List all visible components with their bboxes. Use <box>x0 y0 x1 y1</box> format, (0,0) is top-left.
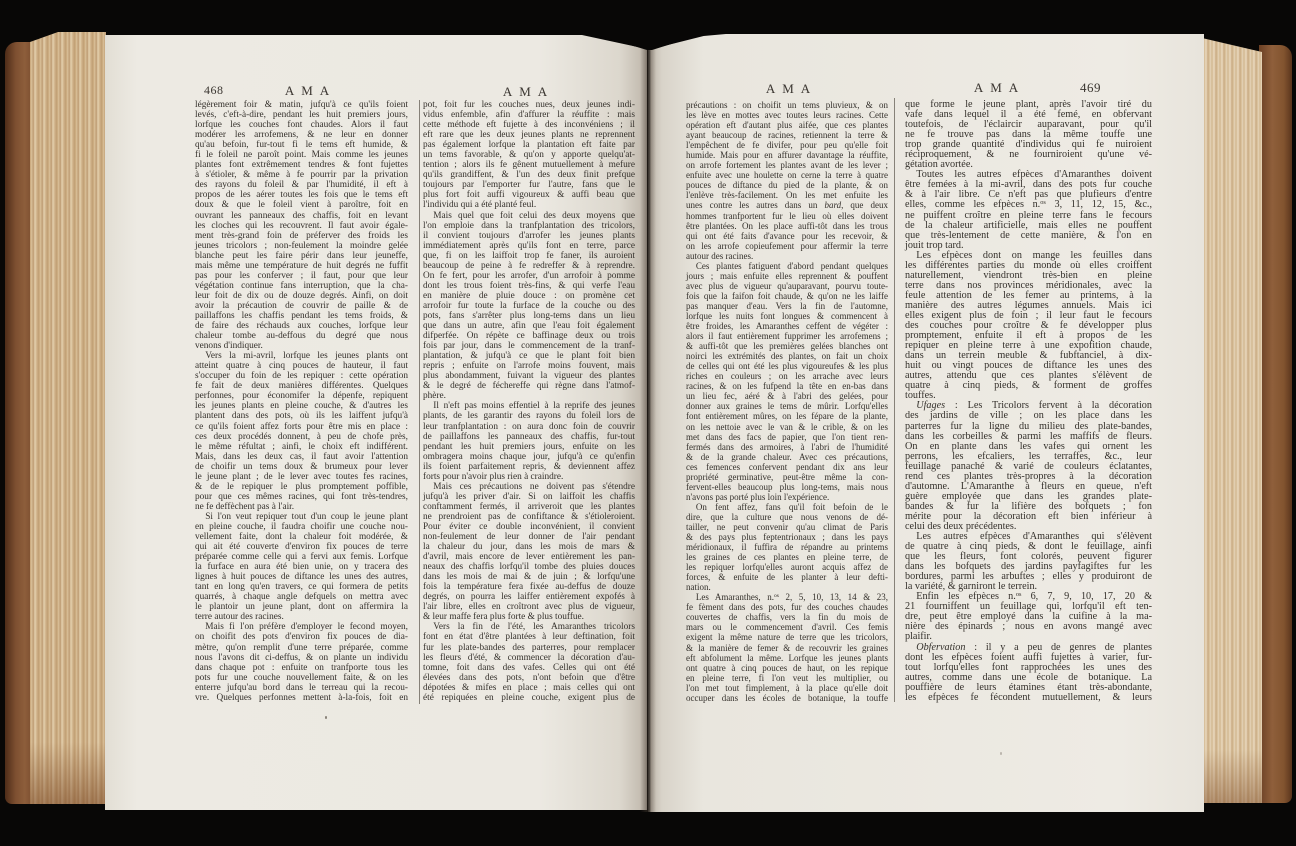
text-line: les repiquer lorfqu'elles auront acquis … <box>686 562 888 572</box>
text-line: élevées dans des pots, n'ont befoin que … <box>423 673 635 683</box>
text-line: être froides, les Amaranthes ceffent de … <box>686 321 888 331</box>
text-line: pas pour les conferver ; il faut, pour q… <box>195 271 408 281</box>
text-line: immédiatement après qu'ils font en terre… <box>423 241 635 251</box>
text-line: Mais quel que foit celui des deux moyens… <box>423 211 635 221</box>
text-line: les fleurs d'été, & commencer la décorat… <box>423 653 635 663</box>
text-line: nière des épinards ; nous en avons mangé… <box>905 622 1152 632</box>
text-line: fe fait de deux manières différentes. Qu… <box>195 381 408 391</box>
text-line: de paillaffons les panneaux des chaffis,… <box>423 432 635 442</box>
text-line: ayant beaucoup de racines, retiennent la… <box>686 130 888 140</box>
text-line: beaucoup de peine à fe redreffer & à rep… <box>423 261 635 271</box>
text-line: dans les mois de mai & de juin ; & lorfq… <box>423 572 635 582</box>
text-line: on les arrofe copieufement pour affermir… <box>686 241 888 251</box>
text-line: On fe fert, pour les arrofer, d'un arrof… <box>423 271 635 281</box>
book-gutter-shadow <box>640 40 656 812</box>
italic-run: bard <box>824 200 841 210</box>
text-line: que dans un autre, afin que l'eau foit é… <box>423 321 635 331</box>
text-line: conftamment fermés, il arriveroit que le… <box>423 502 635 512</box>
text-line: végétation continue fans interruption, q… <box>195 281 408 291</box>
text-line: Mais, dans les deux cas, il faut avoir l… <box>195 452 408 462</box>
text-line: blanche peut les faire périr dans leur j… <box>195 251 408 261</box>
text-line: vidus enfemble, afin d'affurer la réuffi… <box>423 110 635 120</box>
text-line: qu'au befoin, fur-tout fi le tems eft hu… <box>195 140 408 150</box>
text-line: propos de les aérer toutes les fois que … <box>195 190 408 200</box>
text-line: tant en long qu'en travers, ce qui forme… <box>195 582 408 592</box>
text-line: vre. Quelques perfonnes mettent à-la-foi… <box>195 693 408 703</box>
text-line: eft rare que les deux jeunes plants ne r… <box>423 130 635 140</box>
text-line: & le degré de féchereffe qui règne dans … <box>423 381 635 391</box>
text-line: atteint quatre à cinq pouces de hauteur,… <box>195 361 408 371</box>
text-line: lorfque les nuits font longues & commenc… <box>686 311 888 321</box>
text-line: que, fi on les laiffoit trop fe faner, i… <box>423 251 635 261</box>
text-line: Pour éviter ce double inconvénient, il c… <box>423 522 635 532</box>
text-line: on arrofe fortement les plantes avant de… <box>686 160 888 170</box>
text-line: vellement faite, dont la chaleur foit mo… <box>195 532 408 542</box>
text-line: racines, & on les fufpend la tête en en-… <box>686 381 888 391</box>
text-line: les efpèces fe fécondent mutuellement, &… <box>905 693 1152 703</box>
text-line: mais même une température de huit degrés… <box>195 261 408 271</box>
text-line: qu'ils grandiffent, & l'un des deux fini… <box>423 170 635 180</box>
text-line: quatre à cinq pieds, & forment de groffe… <box>905 381 1152 391</box>
text-line: être plantées. On les place auffi-tôt da… <box>686 221 888 231</box>
text-line: on choifit des pots d'environ fix pouces… <box>195 632 408 642</box>
text-line: Mais fi l'on préfère d'employer le fecon… <box>195 622 408 632</box>
text-line: difperfée. On répète ce baffinage deux o… <box>423 331 635 341</box>
text-line: précautions : on choifit un tems pluvieu… <box>686 100 888 110</box>
text-line: des jardins de ville ; on les place dans… <box>905 411 1152 421</box>
text-line: humide. Mais pour en affurer davantage l… <box>686 150 888 160</box>
text-line: dont les trous foient très-fins, & qui v… <box>423 281 635 291</box>
text-line: jours ; mais enfuite elles reprennent & … <box>686 271 888 281</box>
text-line: dans chaque pot : enfuite on tranfporte … <box>195 663 408 673</box>
text-run: , que deux <box>841 200 888 210</box>
text-line: enfuite avec une houlette on cerne la te… <box>686 170 888 180</box>
text-line: plantent dans des pots, où ils les laiff… <box>195 411 408 421</box>
text-line: dire, que la culture que nous venons de … <box>686 512 888 522</box>
text-line: plus fort foit auffi vigoureux & auffi b… <box>423 190 635 200</box>
text-line: levés, c'eft-à-dire, pendant les huit pr… <box>195 110 408 120</box>
page-number-right: 469 <box>1080 80 1101 95</box>
text-line: plantation, & jufqu'à ce que le plant fo… <box>423 351 635 361</box>
text-line: été repiquées en pleine couche, exigent … <box>423 693 635 703</box>
text-line: fois la température fera fixée au-deffus… <box>423 582 635 592</box>
text-line: eft abfolument la même. Lorfque les jeun… <box>686 653 888 663</box>
text-line: fi le foleil ne paroît point. Mais comme… <box>195 150 408 160</box>
text-line: pas manquer d'eau. Vers la fin de l'auto… <box>686 301 888 311</box>
text-line: jufqu'à les priver d'air. Si on laiffoit… <box>423 492 635 502</box>
text-line: fermés dans des armoires, à l'abri de l'… <box>686 442 888 452</box>
text-line: nation. <box>686 582 888 592</box>
text-run: 2, 5, 10, 13, 14 & 23, <box>779 592 888 602</box>
text-line: paillaffons les chaffis pendant les tems… <box>195 311 408 321</box>
text-line: ment très-grand foin de préferver des fr… <box>195 231 408 241</box>
text-line: & auffi-tôt que les premières gelées bla… <box>686 341 888 351</box>
text-line: mètre, qu'on remplit d'une terre préparé… <box>195 643 408 653</box>
right-page-block-edges <box>1202 38 1262 803</box>
text-line: préparée comme celle qui a fervi aux fem… <box>195 552 408 562</box>
text-line: de choifir un tems doux & brumeux pour l… <box>195 462 408 472</box>
text-line: ombragera moins chaque jour, jufqu'à ce … <box>423 452 635 462</box>
text-line: propriété germinative, peut-être même la… <box>686 472 888 482</box>
text-line: pour que ces mêmes racines, qui font trè… <box>195 492 408 502</box>
running-head-col-2: AMA <box>480 84 570 99</box>
text-line: alors il faut entièrement fupprimer les … <box>686 331 888 341</box>
text-column-3: précautions : on choifit un tems pluvieu… <box>686 100 888 703</box>
text-line: modérer les arrofemens, & ne leur en don… <box>195 130 408 140</box>
text-line: & de la grande chaleur. Avec ces précaut… <box>686 452 888 462</box>
text-run: Les Amaranthes, n. <box>696 592 774 602</box>
text-line: & de le repiquer le plus promptement pof… <box>195 482 408 492</box>
text-line: pendant les huit premiers jours, enfuite… <box>423 442 635 452</box>
text-line: fois que la faifon foit chaude, & qu'on … <box>686 291 888 301</box>
text-line: fe fèment dans des pots, fur des couches… <box>686 602 888 612</box>
text-line: en pleine terre, fi l'on veut les multip… <box>686 673 888 683</box>
text-line: qui ont été faits d'avance pour les rece… <box>686 231 888 241</box>
text-line: Vers la mi-avril, lorfque les jeunes pla… <box>195 351 408 361</box>
text-line: le plantoir un jeune plant, dont on affe… <box>195 602 408 612</box>
text-line: elles, comme les efpèces n.os 3, 11, 12,… <box>905 200 1152 210</box>
left-page-block-edges <box>30 32 106 804</box>
running-head-col-3: AMA <box>743 81 833 96</box>
text-line: des rayons du foleil & par l'humidité, i… <box>195 180 408 190</box>
running-head-col-4: AMA <box>951 80 1041 95</box>
text-line: ces femences confervent pendant dix ans … <box>686 462 888 472</box>
text-line: d'avril, mais encore de lever entièremen… <box>423 552 635 562</box>
text-line: opération eft d'autant plus aifée, que c… <box>686 120 888 130</box>
running-head-col-1: AMA <box>262 83 352 98</box>
text-line: occuper dans les écoles de botanique, la… <box>686 693 888 703</box>
text-line: pouces de diftance du pied de la plante,… <box>686 180 888 190</box>
text-line: avec plus de vigueur qu'auparavant, pour… <box>686 281 888 291</box>
text-line: Mais ces précautions ne doivent pas s'ét… <box>423 482 635 492</box>
text-line: ont quatre à cinq pouces de haut, on les… <box>686 663 888 673</box>
column-divider-right-page <box>894 98 895 702</box>
text-line: ouvrant les panneaux des chaffis, foit e… <box>195 211 408 221</box>
text-line: & leur maffe fera plus forte & plus touf… <box>423 612 635 622</box>
text-line: arrofoir fur toute la furface de la couc… <box>423 301 635 311</box>
text-line: avoir la précaution de couvrir de paille… <box>195 301 408 311</box>
text-line: tailler, ne peut convenir qu'au climat d… <box>686 522 888 532</box>
text-line: Ces plantes fatiguent d'abord pendant qu… <box>686 261 888 271</box>
text-line: quarrés, à chaque angle defquels on mett… <box>195 592 408 602</box>
text-line: cette méthode eft fujette à des inconvén… <box>423 120 635 130</box>
text-line: méridionaux, il fuffira de répandre au p… <box>686 542 888 552</box>
text-line: degrés, on pourra les laiffer entièremen… <box>423 592 635 602</box>
text-line: les jeunes plants en pleine couche, & d'… <box>195 401 408 411</box>
text-line: Il n'eft pas moins effentiel à la reprif… <box>423 401 635 411</box>
text-line: le même réfultat ; ainfi, le choix eft i… <box>195 442 408 452</box>
text-line: pot, foit fur les couches nues, deux jeu… <box>423 100 635 110</box>
text-line: pas également lorfque la plantation eft … <box>423 140 635 150</box>
text-line: en pleine couche, il faudra choifir une … <box>195 522 408 532</box>
text-line: il convient toujours d'arrofer les jeune… <box>423 231 635 241</box>
text-line: non-feulement de leur donner de l'air pe… <box>423 532 635 542</box>
text-line: un tems favorable, & qu'on y apporte que… <box>423 150 635 160</box>
text-line: exigent la même nature de terre que les … <box>686 632 888 642</box>
text-line: lorfque les couches font chaudes. Alors … <box>195 120 408 130</box>
text-line: chaleur tombe au-deffous du degré que no… <box>195 331 408 341</box>
text-line: s'occuper du foin de les repiquer : cett… <box>195 371 408 381</box>
text-column-4: que forme le jeune plant, après l'avoir … <box>905 100 1152 703</box>
text-line: l'on emploie dans la tranfplantation des… <box>423 221 635 231</box>
text-line: fervent-elles beaucoup plus long-tems, m… <box>686 482 888 492</box>
text-line: tomne, foit dans des vafes. Celles qui o… <box>423 663 635 673</box>
text-line: font en état d'être plantées à leur deft… <box>423 632 635 642</box>
text-line: tention ; alors ils fe gênent mutuelleme… <box>423 160 635 170</box>
text-run: elles, comme les efpèces n. <box>905 199 1040 210</box>
text-line: le jeune plant ; de le lever avec toutes… <box>195 472 408 482</box>
text-line: qui ait été couverte d'environ fix pouce… <box>195 542 408 552</box>
text-line: pots, fans s'arrêter plus long-tems dans… <box>423 311 635 321</box>
text-line: jeunes tricolors ; non-feulement la moin… <box>195 241 408 251</box>
text-column-2: pot, foit fur les couches nues, deux jeu… <box>423 100 635 703</box>
text-line: à s'étioler, & même à fe pourrir par la … <box>195 170 408 180</box>
text-line: les lève en mottes avec toutes leurs rac… <box>686 110 888 120</box>
text-line: perfonnes, pour économifer la dépenfe, r… <box>195 391 408 401</box>
text-line: ces deux procédés donnent, à peu de chof… <box>195 432 408 442</box>
text-line: donner aux graines le tems de mûrir. Lor… <box>686 401 888 411</box>
right-book-cover <box>1259 45 1292 803</box>
text-line: plantes font extrêmement tendres & font … <box>195 160 408 170</box>
text-line: mars ou le commencement d'avril. Ces fem… <box>686 622 888 632</box>
text-line: fois par jour, dans le commencement de l… <box>423 341 635 351</box>
text-line: l'individu qui a été planté feul. <box>423 200 635 210</box>
paper-speck <box>325 716 327 719</box>
text-line: leur foit de dix ou de douze degrés. Ain… <box>195 291 408 301</box>
text-line: font entièrement mûres, on les fépare de… <box>686 411 888 421</box>
text-line: plus abondamment, fuivant la vigueur des… <box>423 371 635 381</box>
text-line: ne prendroient pas de confiftance & s'ét… <box>423 512 635 522</box>
text-line: repris ; enfuite on l'arrofe moins fouve… <box>423 361 635 371</box>
text-line: ce qu'ils foient affez forts pour être m… <box>195 422 408 432</box>
text-line: venons d'indiquer. <box>195 341 408 351</box>
text-line: neaux des chaffis lorfqu'il tombe des pl… <box>423 562 635 572</box>
text-column-1: légèrement foir & matin, jufqu'à ce qu'i… <box>195 100 408 703</box>
text-line: plants, de les garantir des rayons du fo… <box>423 411 635 421</box>
text-line: la furface en aura été bien unie, on y t… <box>195 562 408 572</box>
italic-run: Obfervation <box>916 642 965 653</box>
text-run: : il y a peu de genres de plantes <box>965 642 1152 653</box>
text-run: unes contre les autres dans un <box>686 200 824 210</box>
text-line: l'empêchent de fe divifer, pour peu qu'e… <box>686 140 888 150</box>
text-run: 3, 11, 12, 15, &c., <box>1046 199 1152 210</box>
text-line: les cloches qui les recouvrent. Il faut … <box>195 221 408 231</box>
text-line: lignes à huit pouces de diftance les une… <box>195 572 408 582</box>
text-line: on les nettoie avec le van & le crible, … <box>686 422 888 432</box>
text-line: l'air libre, elles en croîtront avec plu… <box>423 602 635 612</box>
text-line: forces, & enfuite de les planter à leur … <box>686 572 888 582</box>
text-line: noirci les extrémités des plantes, on fa… <box>686 351 888 361</box>
text-line: forts pour n'avoir plus rien à craindre. <box>423 472 635 482</box>
text-line: les graines de ces plantes en pleine ter… <box>686 552 888 562</box>
text-line: enterre jufqu'au bord dans le terreau qu… <box>195 683 408 693</box>
text-line: de faire des réchauds aux couches, lorfq… <box>195 321 408 331</box>
text-line: couvertes de chaffis, vers la fin du moi… <box>686 612 888 622</box>
text-line: de celles qui ont été les plus vigoureuf… <box>686 361 888 371</box>
page-number-left: 468 <box>204 83 224 98</box>
text-line: ils foient parfaitement repris, & devien… <box>423 462 635 472</box>
text-line: Vers la fin de l'été, les Amaranthes tri… <box>423 622 635 632</box>
text-line: riches en couleurs ; on les arrache avec… <box>686 371 888 381</box>
paper-speck <box>1000 752 1002 755</box>
text-line: phère. <box>423 391 635 401</box>
text-line: pots fur une couche nouvellement faite, … <box>195 673 408 683</box>
text-line: terre autour des racines. <box>195 612 408 622</box>
text-line: l'enlève très-facilement. On les met enf… <box>686 190 888 200</box>
text-line: Les Amaranthes, n.os 2, 5, 10, 13, 14 & … <box>686 592 888 602</box>
text-line: l'on met tout fimplement, à la place qu'… <box>686 683 888 693</box>
text-line: dépotées & mifes en place ; mais celles … <box>423 683 635 693</box>
text-line: & des pays plus feptentrionaux ; dans le… <box>686 532 888 542</box>
column-divider-left-page <box>419 100 420 704</box>
text-line: nous l'avons dit ci-deffus, & on plante … <box>195 653 408 663</box>
text-line: fur les plate-bandes des parterres, pour… <box>423 643 635 653</box>
text-line: en manière de pluie douce : on promène c… <box>423 291 635 301</box>
text-line: doux & que le foleil vient à paroître, f… <box>195 200 408 210</box>
text-line: hommes tranfportent fur le lieu où elles… <box>686 211 888 221</box>
text-line: la chaleur du jour, dans les mois de mar… <box>423 542 635 552</box>
text-line: ne fe deffèchent pas à l'air. <box>195 502 408 512</box>
text-line: n'avons pas porté plus loin l'expérience… <box>686 492 888 502</box>
text-line: met dans des facs de papier, que l'on ti… <box>686 432 888 442</box>
text-line: unes contre les autres dans un bard, que… <box>686 200 888 210</box>
text-line: Si l'on veut repiquer tout d'un coup le … <box>195 512 408 522</box>
text-line: toujours par l'emporter fur l'autre, fan… <box>423 180 635 190</box>
text-line: On fent affez, fans qu'il foit befoin de… <box>686 502 888 512</box>
text-line: leur tranfplantation : on aura donc foin… <box>423 422 635 432</box>
text-line: un lieu fec, aéré & à l'abri des gelées,… <box>686 391 888 401</box>
text-line: légèrement foir & matin, jufqu'à ce qu'i… <box>195 100 408 110</box>
text-line: autour des racines. <box>686 251 888 261</box>
text-line: & la manière de femer & de recouvrir les… <box>686 643 888 653</box>
